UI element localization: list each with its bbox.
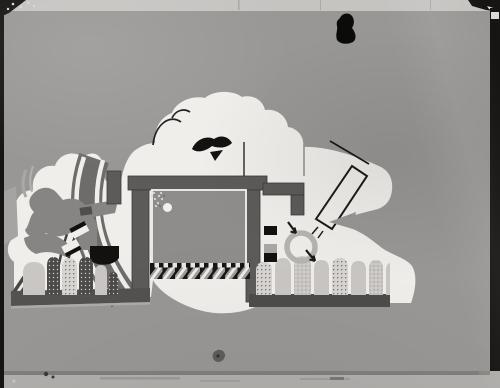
frame-top-bar: [128, 176, 267, 190]
edge-strip-left: [0, 13, 4, 388]
photograph: [0, 0, 500, 388]
inner-panel: [152, 190, 246, 264]
floor-shadow-line: [4, 371, 490, 375]
base-band-right: [249, 294, 390, 307]
frame-right-arm: [263, 183, 304, 195]
edge-strip-right: [490, 8, 500, 388]
floor-strip: [4, 375, 490, 388]
figure-pouch: [80, 206, 93, 216]
frame-right-stub: [291, 195, 304, 215]
banded-staff: [264, 226, 277, 262]
wall-strip: [0, 0, 500, 11]
frame-left-hook: [107, 171, 121, 204]
checker-band: [150, 263, 250, 279]
figure-foot: [90, 246, 119, 265]
edge-notch-right: [491, 12, 499, 19]
frame-left-jamb: [132, 190, 149, 302]
left-pale-wedge: [2, 186, 18, 246]
mural-scene: [0, 0, 500, 388]
